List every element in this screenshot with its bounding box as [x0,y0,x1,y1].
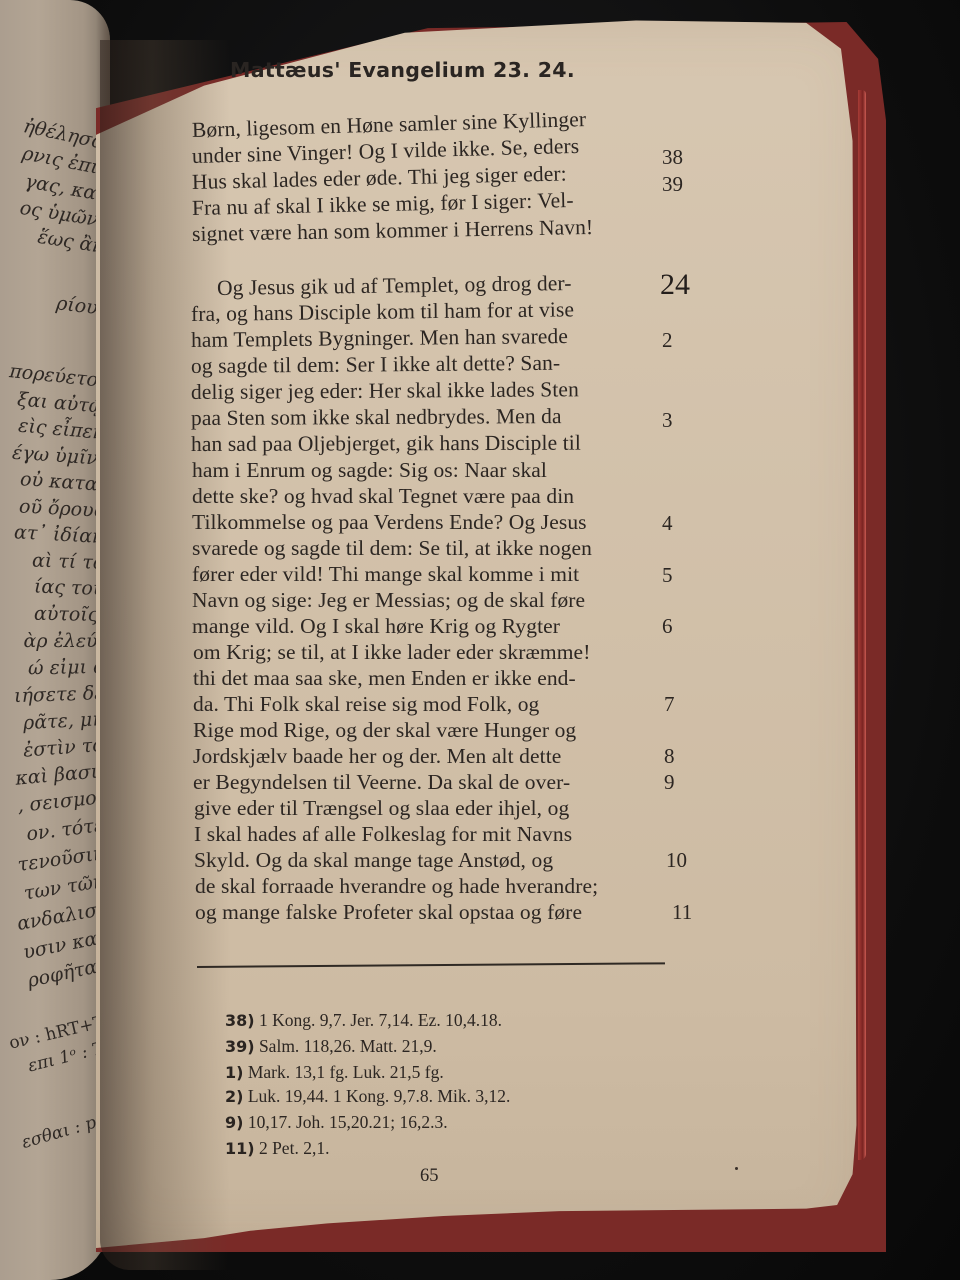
text-line: svarede og sagde til dem: Se til, at ikk… [192,536,592,561]
text-line: om Krig; se til, at I ikke lader eder sk… [193,640,590,665]
verse-number: 11 [672,900,692,925]
verse-number: 8 [664,744,675,769]
footnote-separator [197,962,665,968]
text-line: Tilkommelse og paa Verdens Ende? Og Jesu… [192,510,587,535]
footnote-text: Luk. 19,44. 1 Kong. 9,7.8. Mik. 3,12. [248,1086,511,1106]
text-line: da. Thi Folk skal reise sig mod Folk, og [193,692,539,717]
verse-number: 9 [664,770,675,795]
text-line: Rige mod Rige, og der skal være Hunger o… [193,718,576,743]
footnote-number: 9) [225,1113,243,1132]
text-line: ham Templets Bygninger. Men han svarede [191,324,568,353]
text-line: give eder til Trængsel og slaa eder ihje… [194,796,569,821]
verse-number: 39 [662,172,683,197]
running-head: Mattæus' Evangelium 23. 24. [230,58,575,82]
text-line: delig siger jeg eder: Her skal ikke lade… [191,377,579,405]
verse-number: 7 [664,692,675,717]
verse-number: 2 [662,328,673,353]
text-line: han sad paa Oljebjerget, gik hans Discip… [191,431,581,457]
text-line: mange vild. Og I skal høre Krig og Rygte… [192,614,560,639]
verse-number: 3 [662,408,673,433]
footnote: 9) 10,17. Joh. 15,20.21; 16,2.3. [225,1112,448,1133]
text-line: signet være han som kommer i Herrens Nav… [192,215,594,247]
footnote-number: 11) [225,1139,255,1158]
text-line: fra, og hans Disciple kom til ham for at… [191,297,574,327]
verse-number: 5 [662,563,673,588]
footnote: 2) Luk. 19,44. 1 Kong. 9,7.8. Mik. 3,12. [225,1086,510,1107]
text-line: thi det maa saa ske, men Enden er ikke e… [193,666,576,691]
text-line: fører eder vild! Thi mange skal komme i … [192,562,579,587]
page-number: 65 [420,1166,439,1187]
text-line: Navn og sige: Jeg er Messias; og de skal… [192,588,585,613]
text-line: Og Jesus gik ud af Templet, og drog der- [217,271,572,301]
verse-number: 10 [666,848,687,873]
chapter-number: 24 [660,268,690,302]
text-line: og sagde til dem: Ser I ikke alt dette? … [191,351,560,379]
text-line: de skal forraade hverandre og hade hvera… [195,874,598,899]
footnote-number: 1) [225,1063,243,1082]
footnote-text: Mark. 13,1 fg. Luk. 21,5 fg. [248,1062,444,1082]
footnote-number: 39) [225,1037,255,1056]
ink-speck [735,1167,738,1170]
text-line: er Begyndelsen til Veerne. Da skal de ov… [193,770,570,795]
text-line: I skal hades af alle Folkeslag for mit N… [194,822,572,847]
footnote: 1) Mark. 13,1 fg. Luk. 21,5 fg. [225,1062,444,1083]
text-line: ham i Enrum og sagde: Sig os: Naar skal [192,458,547,483]
verse-number: 38 [662,145,683,170]
footnote: 11) 2 Pet. 2,1. [225,1138,329,1159]
footnote-number: 2) [225,1087,243,1106]
text-line: Skyld. Og da skal mange tage Anstød, og [194,848,553,873]
verse-number: 4 [662,511,673,536]
footnote: 38) 1 Kong. 9,7. Jer. 7,14. Ez. 10,4.18. [225,1010,502,1031]
footnote: 39) Salm. 118,26. Matt. 21,9. [225,1036,437,1057]
text-line: og mange falske Profeter skal opstaa og … [195,900,582,925]
footnote-number: 38) [225,1011,255,1030]
footnote-text: 2 Pet. 2,1. [259,1138,330,1158]
text-line: dette ske? og hvad skal Tegnet være paa … [192,484,574,509]
footnote-text: Salm. 118,26. Matt. 21,9. [259,1036,437,1056]
right-page-content: Mattæus' Evangelium 23. 24. Børn, ligeso… [0,0,960,1280]
footnote-text: 10,17. Joh. 15,20.21; 16,2.3. [248,1112,448,1132]
text-line: paa Sten som ikke skal nedbrydes. Men da [191,404,562,431]
verse-number: 6 [662,614,673,639]
footnote-text: 1 Kong. 9,7. Jer. 7,14. Ez. 10,4.18. [259,1010,502,1030]
text-line: Jordskjælv baade her og der. Men alt det… [193,744,561,769]
